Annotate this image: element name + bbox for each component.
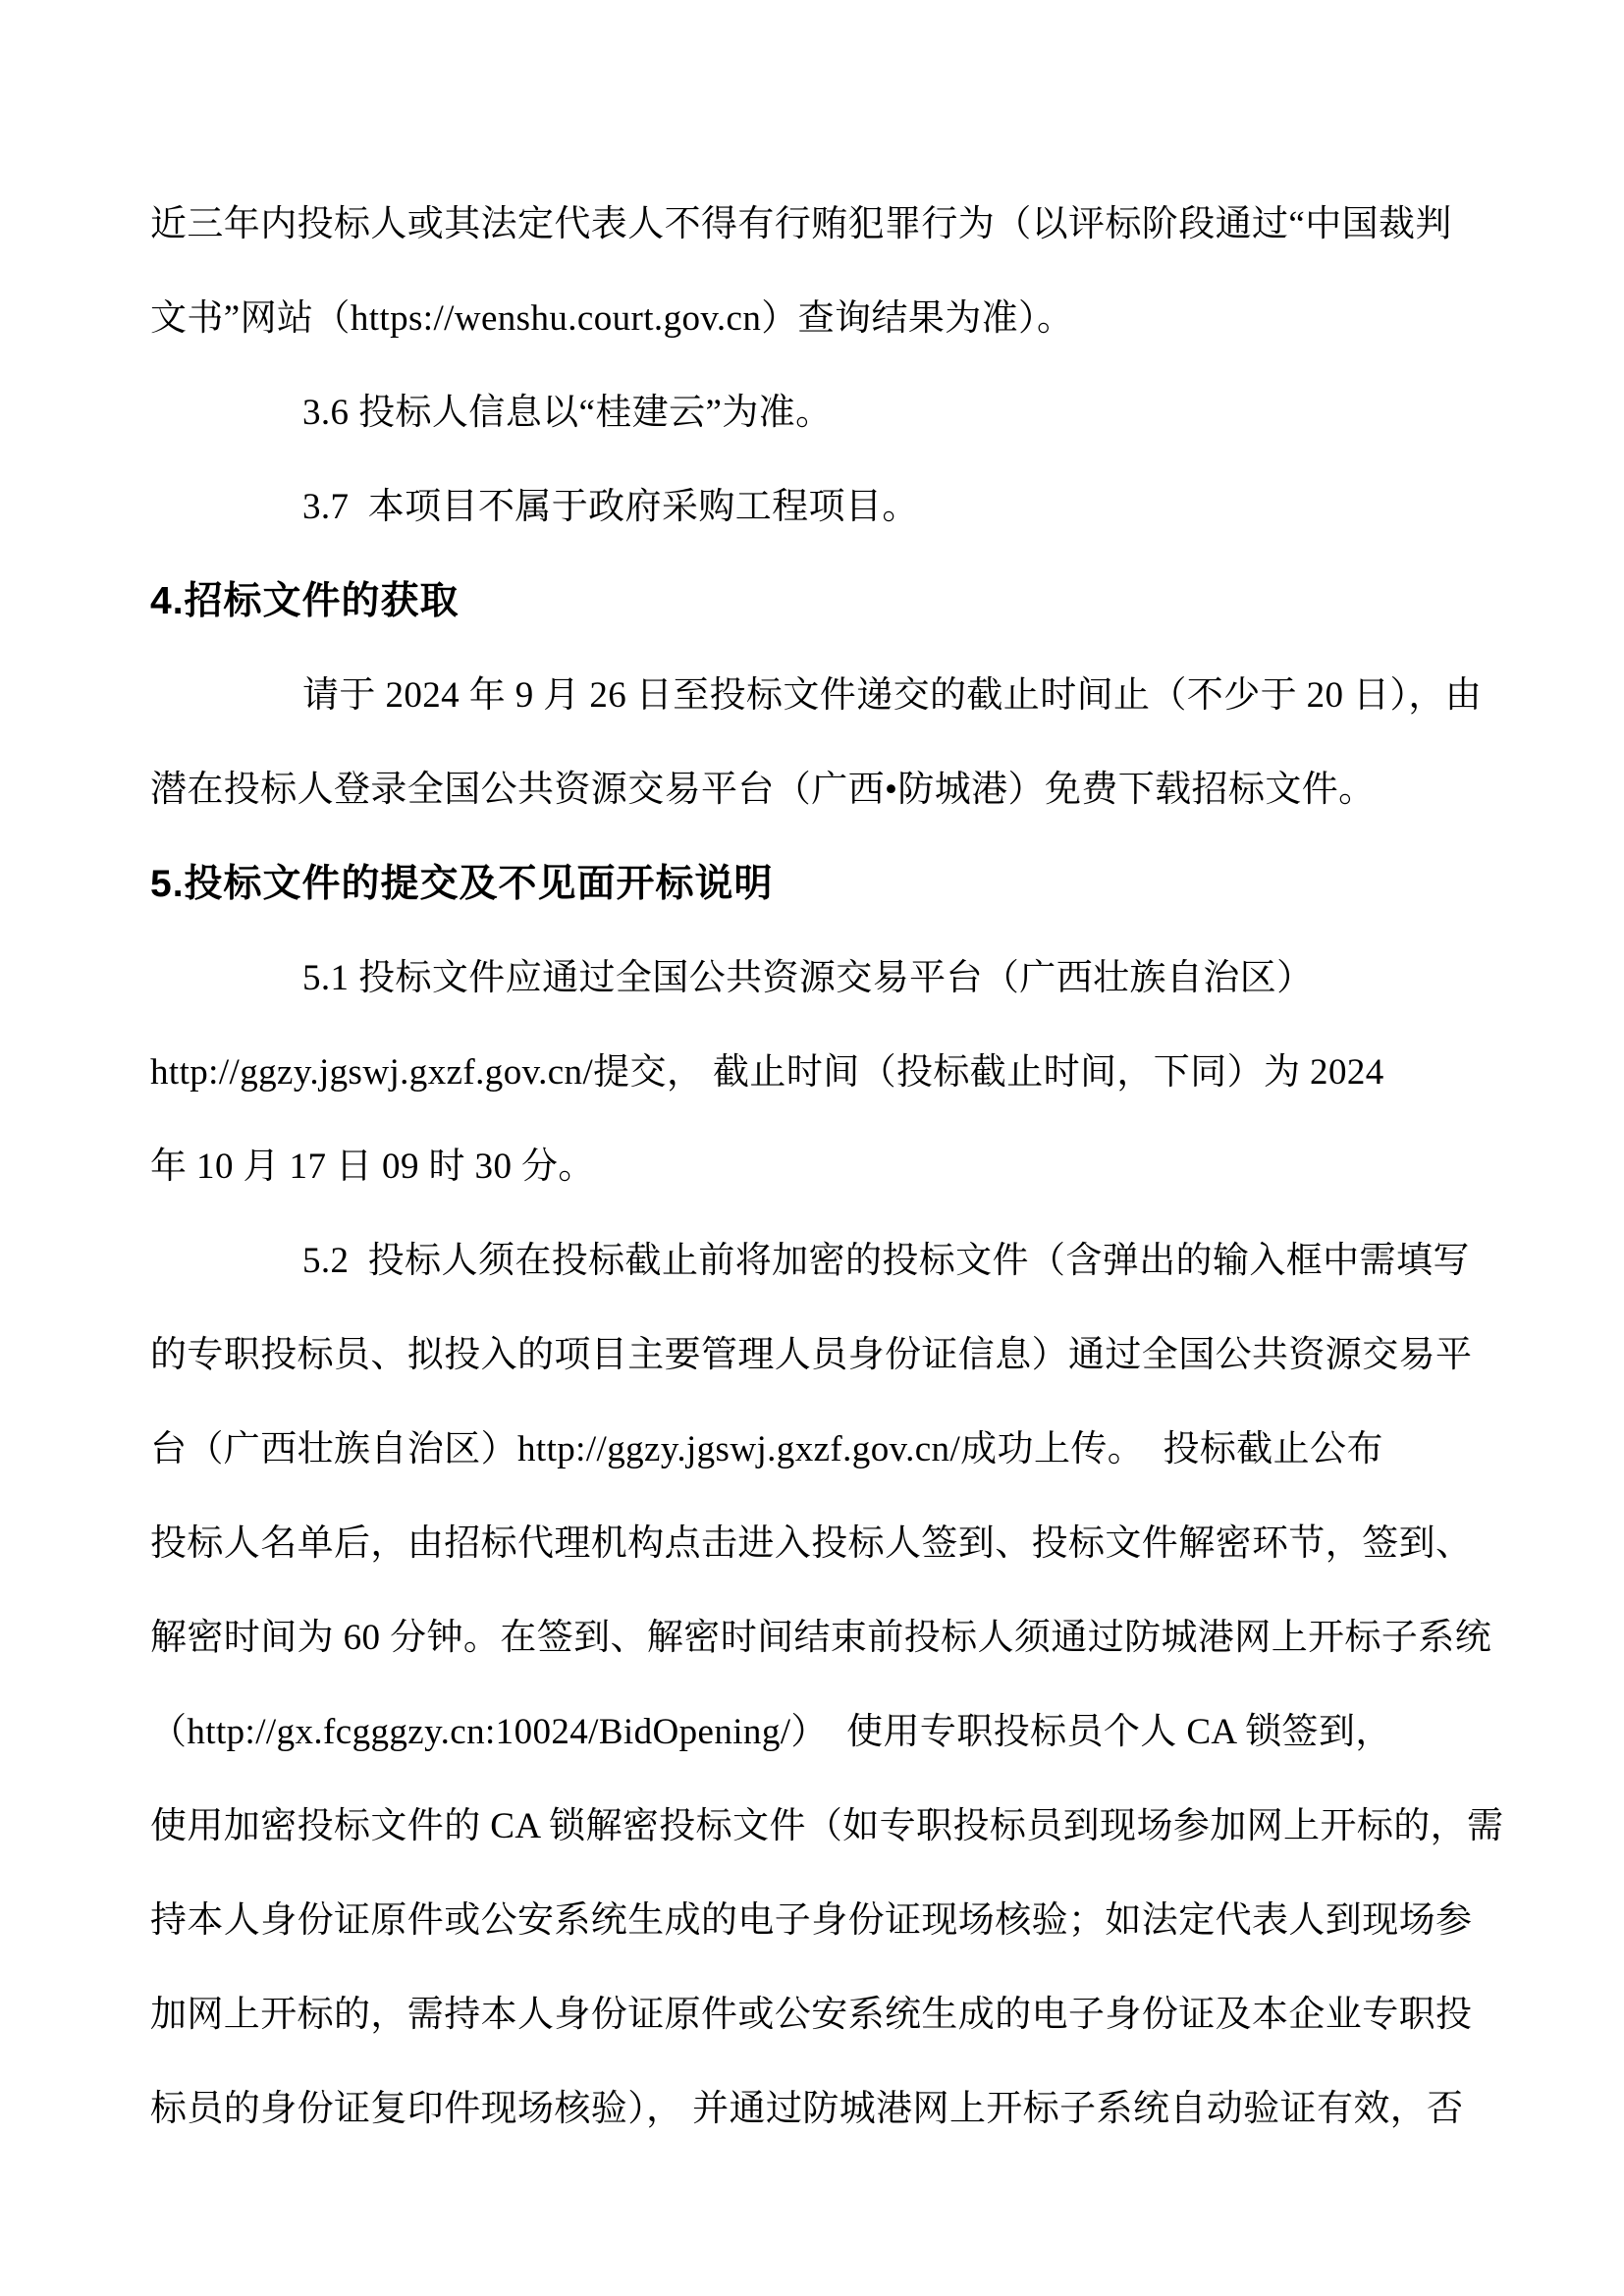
doc-line: http://ggzy.jgswj.gxzf.gov.cn/提交， 截止时间（投… [150,1026,1486,1120]
doc-line: 年 10 月 17 日 09 时 30 分。 [150,1120,1486,1214]
doc-line: 潜在投标人登录全国公共资源交易平台（广西•防城港）免费下载招标文件。 [150,743,1486,837]
document-page: 近三年内投标人或其法定代表人不得有行贿犯罪行为（以评标阶段通过“中国裁判 文书”… [0,0,1624,2296]
doc-line: 投标人名单后，由招标代理机构点击进入投标人签到、投标文件解密环节，签到、 [150,1497,1486,1591]
doc-line-5-2: 5.2 投标人须在投标截止前将加密的投标文件（含弹出的输入框中需填写 [150,1214,1486,1308]
doc-line: 近三年内投标人或其法定代表人不得有行贿犯罪行为（以评标阶段通过“中国裁判 [150,178,1486,272]
doc-line: 文书”网站（https://wenshu.court.gov.cn）查询结果为准… [150,272,1486,366]
doc-line: （http://gx.fcgggzy.cn:10024/BidOpening/）… [150,1685,1486,1780]
doc-line-5-1: 5.1 投标文件应通过全国公共资源交易平台（广西壮族自治区） [150,932,1486,1026]
doc-line-3-6: 3.6 投标人信息以“桂建云”为准。 [150,366,1486,460]
section-heading-5: 5.投标文件的提交及不见面开标说明 [150,837,1486,932]
doc-line-3-7: 3.7 本项目不属于政府采购工程项目。 [150,460,1486,555]
doc-line: 解密时间为 60 分钟。在签到、解密时间结束前投标人须通过防城港网上开标子系统 [150,1591,1486,1685]
doc-line: 的专职投标员、拟投入的项目主要管理人员身份证信息）通过全国公共资源交易平 [150,1308,1486,1403]
section-heading-4: 4.招标文件的获取 [150,555,1486,649]
doc-line: 台（广西壮族自治区）http://ggzy.jgswj.gxzf.gov.cn/… [150,1403,1486,1497]
document-body: 近三年内投标人或其法定代表人不得有行贿犯罪行为（以评标阶段通过“中国裁判 文书”… [150,178,1486,2157]
doc-line: 持本人身份证原件或公安系统生成的电子身份证现场核验；如法定代表人到现场参 [150,1874,1486,1968]
doc-line: 请于 2024 年 9 月 26 日至投标文件递交的截止时间止（不少于 20 日… [150,649,1486,743]
doc-line: 使用加密投标文件的 CA 锁解密投标文件（如专职投标员到现场参加网上开标的，需 [150,1780,1486,1874]
doc-line: 标员的身份证复印件现场核验）， 并通过防城港网上开标子系统自动验证有效，否 [150,2062,1486,2157]
doc-line: 加网上开标的，需持本人身份证原件或公安系统生成的电子身份证及本企业专职投 [150,1968,1486,2062]
